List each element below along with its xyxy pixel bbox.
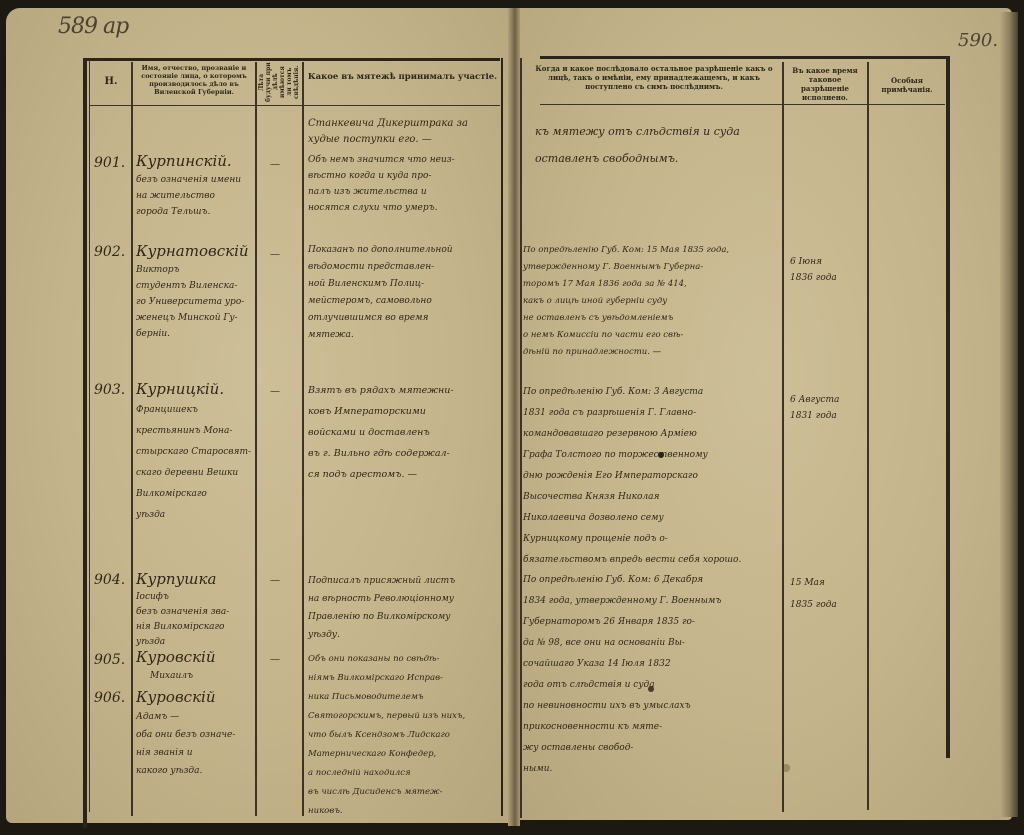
entry-number: 904. — [94, 572, 125, 588]
entry-participation: Взятъ въ рядахъ мятежни- ковъ Императорс… — [308, 380, 500, 485]
table-top-rule-right — [540, 56, 950, 59]
header-bottom-rule-right — [540, 104, 945, 105]
book-gutter — [508, 8, 520, 826]
entry-name-detail: Францишекъ крестьянинъ Мона- стырскаго С… — [136, 400, 254, 526]
header-executed: Въ какое время таковое разрѣшеніе исполн… — [785, 66, 865, 102]
entry-participation: Показанъ по дополнительной вѣдомости пре… — [308, 242, 500, 344]
entry-number: 905. — [94, 652, 125, 668]
entry-name-detail: Іосифъ безъ означенія зва- нія Вилкомірс… — [136, 590, 254, 650]
header-years: Лѣта будучи при дѣлѣ имѣются ли томъ свѣ… — [258, 62, 300, 102]
entry-number: 901. — [94, 155, 125, 171]
carryover-resolution: къ мятежу отъ слѣдствія и суда оставленъ… — [535, 118, 775, 172]
entry-name-detail: безъ означенія имени на жительство город… — [136, 172, 254, 220]
book-spread: 589 ap 590. Н. Имя, отчество, прозваніе … — [0, 0, 1024, 835]
col-divider-executed — [867, 62, 869, 810]
entry-resolution: По опредѣленію Губ. Ком: 6 Декабря 1834 … — [523, 570, 781, 780]
entry-name-detail: Михаилъ — [150, 668, 250, 684]
entry-participation: Объ немъ значится что неиз- вѣстно когда… — [308, 152, 500, 216]
entry-years: — — [270, 573, 280, 589]
header-notes: Особыя примѣчанія. — [870, 76, 944, 94]
header-number: Н. — [92, 76, 130, 87]
entry-number: 902. — [94, 244, 125, 260]
col-divider-years — [302, 62, 304, 816]
entry-years: — — [270, 652, 280, 668]
entry-number: 903. — [94, 382, 125, 398]
col-divider-resolution — [782, 62, 784, 812]
ink-spot — [648, 686, 654, 692]
entry-surname: Курнатовскій — [136, 242, 249, 260]
folio-number-left: 589 ap — [58, 14, 128, 39]
header-resolution: Когда и какое послѣдовало остальное разр… — [528, 64, 780, 91]
col-divider-no — [131, 62, 133, 816]
entry-name-detail: Адамъ — оба они безъ означе- нія званія … — [136, 708, 254, 780]
header-name: Имя, отчество, прозваніе и состояніе лиц… — [134, 64, 254, 96]
right-page-edge — [1000, 12, 1018, 817]
carryover-participation: Станкевича Дикерштрака за худые поступки… — [308, 116, 498, 148]
header-participation: Какое въ мятежѣ принималъ участіе. — [305, 72, 500, 83]
entry-number: 906. — [94, 690, 125, 706]
entry-surname: Курницкій. — [136, 380, 224, 398]
entry-executed: 15 Мая 1835 года — [790, 572, 865, 616]
paper-stain — [782, 764, 790, 772]
table-border-left-outer — [83, 58, 87, 828]
folio-number-right: 590. — [958, 30, 998, 51]
table-top-rule-left — [86, 58, 500, 61]
table-border-left-inner — [89, 60, 90, 812]
header-bottom-rule-left — [90, 105, 500, 106]
entry-surname: Курпушка — [136, 570, 216, 588]
entry-executed: 6 Іюня 1836 года — [790, 254, 865, 286]
entry-surname: Куровскій — [136, 688, 216, 706]
entry-participation: Объ они показаны по свѣдѣ- ніямъ Вилкомі… — [308, 650, 500, 821]
entry-resolution: По опредѣленію Губ. Ком: 15 Мая 1835 год… — [523, 242, 781, 361]
entry-years: — — [270, 157, 280, 173]
entry-years: — — [270, 247, 280, 263]
entry-years: — — [270, 384, 280, 400]
entry-executed: 6 Августа 1831 года — [790, 392, 865, 424]
entry-surname: Куровскій — [136, 648, 216, 666]
table-border-left-page-right — [501, 58, 503, 816]
table-border-right-outer — [946, 58, 950, 758]
col-divider-name — [255, 62, 257, 816]
table-border-right-page-left — [520, 58, 522, 818]
entry-surname: Курпинскій. — [136, 152, 232, 170]
entry-participation: Подписалъ присяжный листъ на вѣрность Ре… — [308, 572, 500, 644]
entry-resolution: По опредѣленію Губ. Ком: 3 Августа 1831 … — [523, 382, 781, 571]
entry-name-detail: Викторъ студентъ Виленска- го Университе… — [136, 262, 254, 342]
ink-spot — [658, 452, 664, 458]
